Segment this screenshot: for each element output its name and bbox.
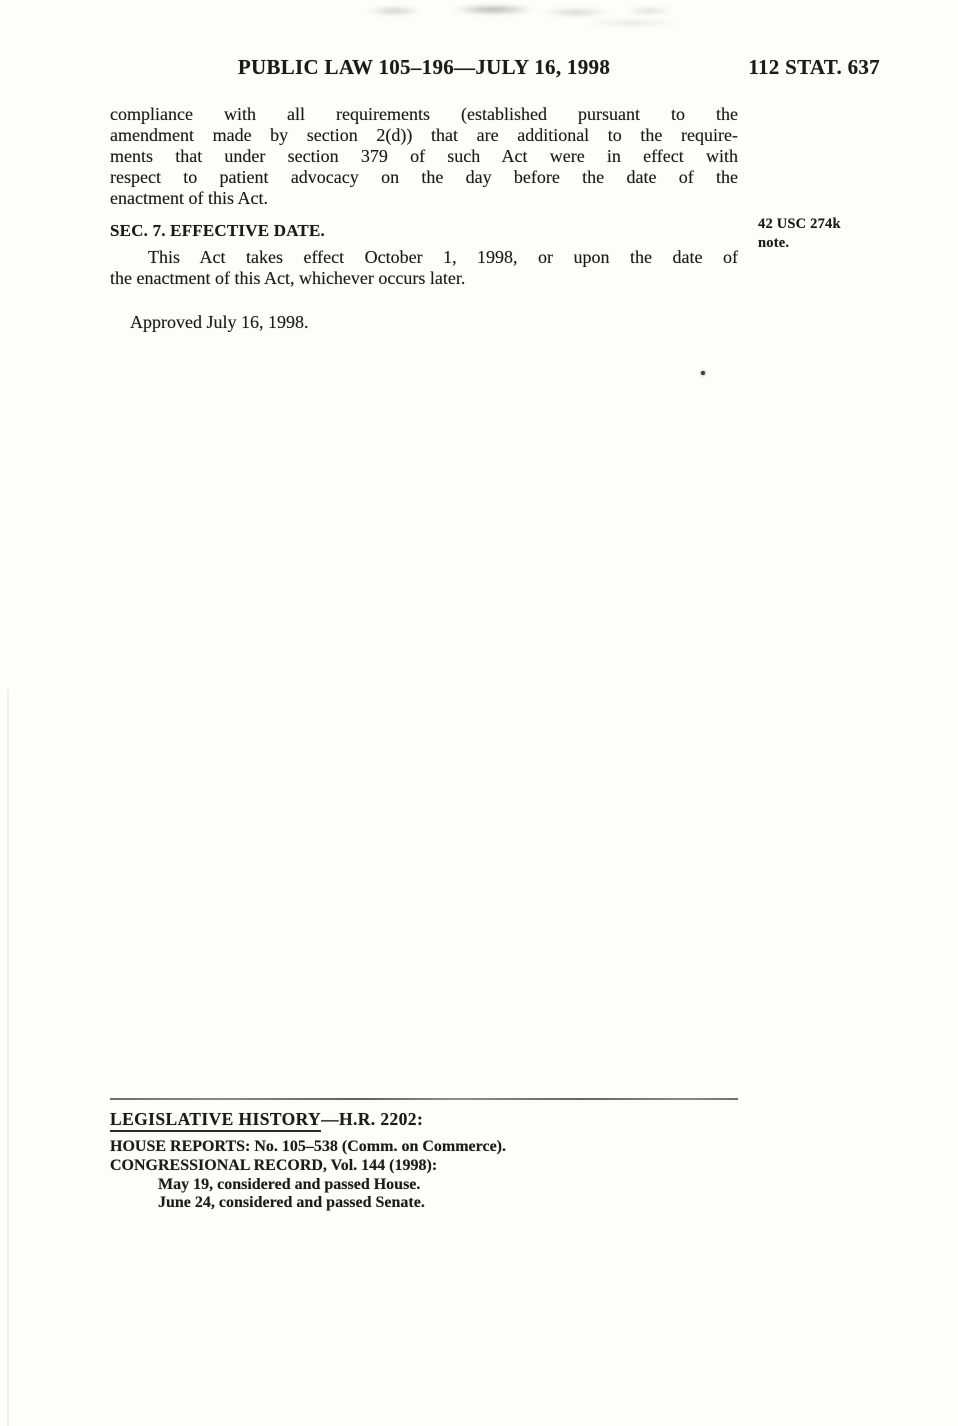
scan-dot-artifact — [701, 371, 705, 375]
text-line: respect to patient advocacy on the day b… — [110, 167, 738, 188]
text-line: CONGRESSIONAL RECORD, Vol. 144 (1998): — [110, 1157, 738, 1176]
approved-line: Approved July 16, 1998. — [110, 312, 738, 333]
text-line: This Act takes effect October 1, 1998, o… — [110, 247, 738, 268]
section-7-heading: SEC. 7. EFFECTIVE DATE. — [110, 220, 738, 241]
margin-note-citation: 42 USC 274k — [758, 215, 888, 234]
text-line: the enactment of this Act, whichever occ… — [110, 268, 738, 289]
top-scan-smudge-secondary — [560, 18, 740, 28]
page-header-title: PUBLIC LAW 105–196—JULY 16, 1998 — [110, 55, 738, 80]
paragraph-compliance: compliance with all requirements (establ… — [110, 104, 738, 209]
margin-note-usc: 42 USC 274k note. — [758, 215, 888, 253]
running-head: PUBLIC LAW 105–196—JULY 16, 1998 112 STA… — [0, 55, 958, 83]
stat-page-number: 112 STAT. 637 — [700, 55, 880, 80]
legislative-history-entries: HOUSE REPORTS: No. 105–538 (Comm. on Com… — [110, 1138, 738, 1213]
legislative-history-block: LEGISLATIVE HISTORY—H.R. 2202: HOUSE REP… — [110, 1098, 738, 1213]
margin-note-note: note. — [758, 234, 888, 253]
text-line: enactment of this Act. — [110, 188, 738, 209]
legislative-history-heading: LEGISLATIVE HISTORY—H.R. 2202: — [110, 1109, 738, 1130]
top-scan-smudge — [345, 4, 675, 18]
left-scanline-artifact — [7, 690, 9, 1426]
text-line: June 24, considered and passed Senate. — [110, 1194, 738, 1213]
text-line: HOUSE REPORTS: No. 105–538 (Comm. on Com… — [110, 1138, 738, 1157]
paragraph-effective-date: This Act takes effect October 1, 1998, o… — [110, 247, 738, 289]
text-line: May 19, considered and passed House. — [110, 1176, 738, 1195]
legislative-history-heading-bill: —H.R. 2202: — [321, 1109, 423, 1129]
horizontal-rule — [110, 1098, 738, 1100]
legislative-history-heading-underlined: LEGISLATIVE HISTORY — [110, 1109, 321, 1132]
body-column: compliance with all requirements (establ… — [110, 104, 738, 333]
document-page: PUBLIC LAW 105–196—JULY 16, 1998 112 STA… — [0, 0, 958, 1426]
text-line: amendment made by section 2(d)) that are… — [110, 125, 738, 146]
text-line: ments that under section 379 of such Act… — [110, 146, 738, 167]
text-line: compliance with all requirements (establ… — [110, 104, 738, 125]
